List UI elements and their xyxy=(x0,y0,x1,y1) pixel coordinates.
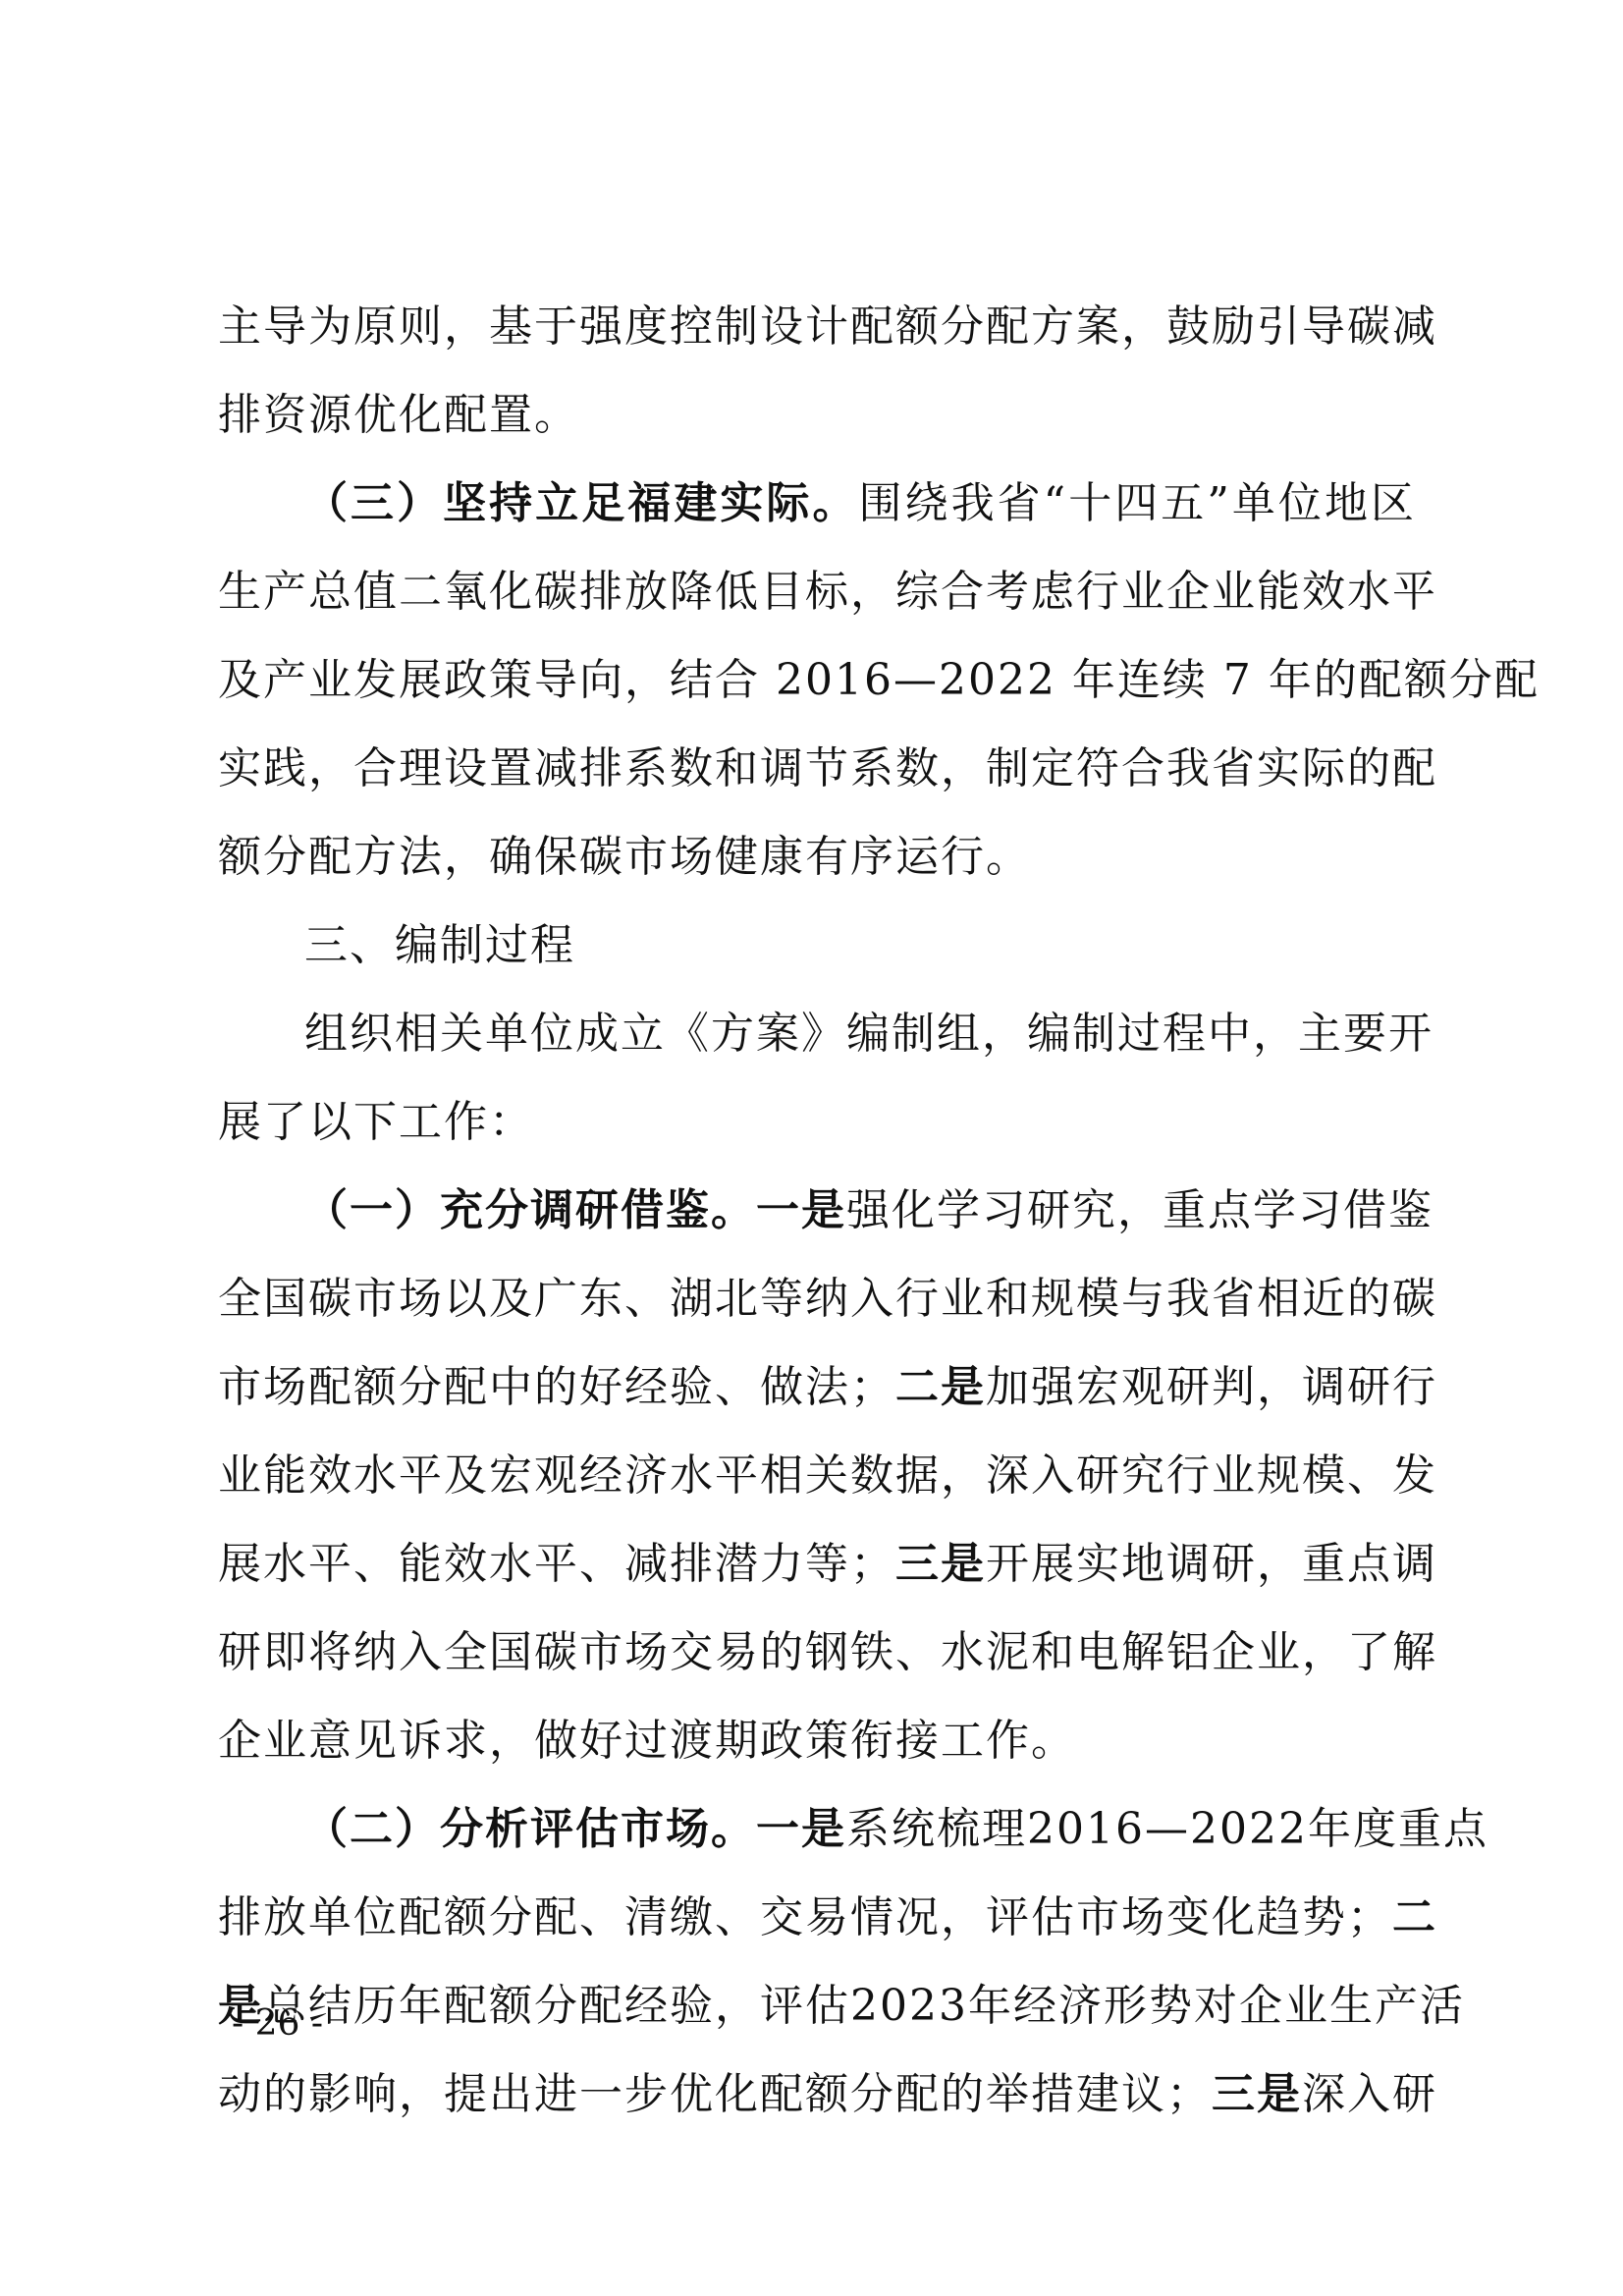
bold-marker: 二是 xyxy=(895,1362,986,1412)
text-line: 是总结历年配额分配经验，评估2023年经济形势对企业生产活 xyxy=(218,1962,1416,2050)
text-line: 主导为原则，基于强度控制设计配额分配方案，鼓励引导碳减 xyxy=(218,283,1416,371)
bold-marker: 三是 xyxy=(895,1539,986,1589)
text-line: 动的影响，提出进一步优化配额分配的举措建议；三是深入研 xyxy=(218,2050,1416,2139)
text-span: 动的影响，提出进一步优化配额分配的举措建议； xyxy=(218,2069,1212,2119)
text-span: 加强宏观研判，调研行 xyxy=(986,1362,1437,1412)
text-span: 深入研 xyxy=(1302,2069,1437,2119)
text-line: 排资源优化配置。 xyxy=(218,371,1416,460)
bold-marker: 二 xyxy=(1392,1892,1437,1942)
text-line: （三）坚持立足福建实际。围绕我省“十四五”单位地区 xyxy=(218,460,1416,548)
bold-lead: （二）分析评估市场。 xyxy=(304,1804,756,1854)
text-line: 研即将纳入全国碳市场交易的钢铁、水泥和电解铝企业，了解 xyxy=(218,1609,1416,1697)
bold-marker: 三是 xyxy=(1212,2069,1302,2119)
text-line: 展水平、能效水平、减排潜力等；三是开展实地调研，重点调 xyxy=(218,1520,1416,1609)
text-span: 排放单位配额分配、清缴、交易情况，评估市场变化趋势； xyxy=(218,1892,1392,1942)
text-line: 排放单位配额分配、清缴、交易情况，评估市场变化趋势；二 xyxy=(218,1874,1416,1962)
text-line: 及产业发展政策导向，结合 2016—2022 年连续 7 年的配额分配 xyxy=(218,636,1416,725)
text-line: 市场配额分配中的好经验、做法；二是加强宏观研判，调研行 xyxy=(218,1343,1416,1432)
text-line: 组织相关单位成立《方案》编制组，编制过程中，主要开 xyxy=(218,990,1416,1078)
bold-marker: 一是 xyxy=(756,1185,846,1235)
text-line: （一）充分调研借鉴。一是强化学习研究，重点学习借鉴 xyxy=(218,1167,1416,1255)
bold-lead: （一）充分调研借鉴。 xyxy=(304,1185,756,1235)
text-line: 全国碳市场以及广东、湖北等纳入行业和规模与我省相近的碳 xyxy=(218,1255,1416,1343)
text-span: 围绕我省“十四五”单位地区 xyxy=(859,478,1417,528)
bold-lead: （三）坚持立足福建实际。 xyxy=(304,478,859,528)
text-line: 展了以下工作： xyxy=(218,1078,1416,1167)
bold-marker: 一是 xyxy=(756,1804,846,1854)
text-line: 生产总值二氧化碳排放降低目标，综合考虑行业企业能效水平 xyxy=(218,548,1416,636)
page-number: - 26 - xyxy=(232,2003,323,2044)
text-span: 开展实地调研，重点调 xyxy=(986,1539,1437,1589)
document-page: 主导为原则，基于强度控制设计配额分配方案，鼓励引导碳减 排资源优化配置。 （三）… xyxy=(218,283,1416,2139)
text-span: 系统梳理2016—2022年度重点 xyxy=(846,1804,1488,1854)
text-line: （二）分析评估市场。一是系统梳理2016—2022年度重点 xyxy=(218,1785,1416,1874)
text-span: 展水平、能效水平、减排潜力等； xyxy=(218,1539,895,1589)
text-span: 总结历年配额分配经验，评估2023年经济形势对企业生产活 xyxy=(263,1981,1465,2031)
text-line: 业能效水平及宏观经济水平相关数据，深入研究行业规模、发 xyxy=(218,1432,1416,1520)
section-heading: 三、编制过程 xyxy=(218,902,1416,990)
text-line: 实践，合理设置减排系数和调节系数，制定符合我省实际的配 xyxy=(218,725,1416,813)
text-line: 额分配方法，确保碳市场健康有序运行。 xyxy=(218,813,1416,902)
text-span: 强化学习研究，重点学习借鉴 xyxy=(846,1185,1434,1235)
text-span: 市场配额分配中的好经验、做法； xyxy=(218,1362,895,1412)
text-line: 企业意见诉求，做好过渡期政策衔接工作。 xyxy=(218,1697,1416,1785)
